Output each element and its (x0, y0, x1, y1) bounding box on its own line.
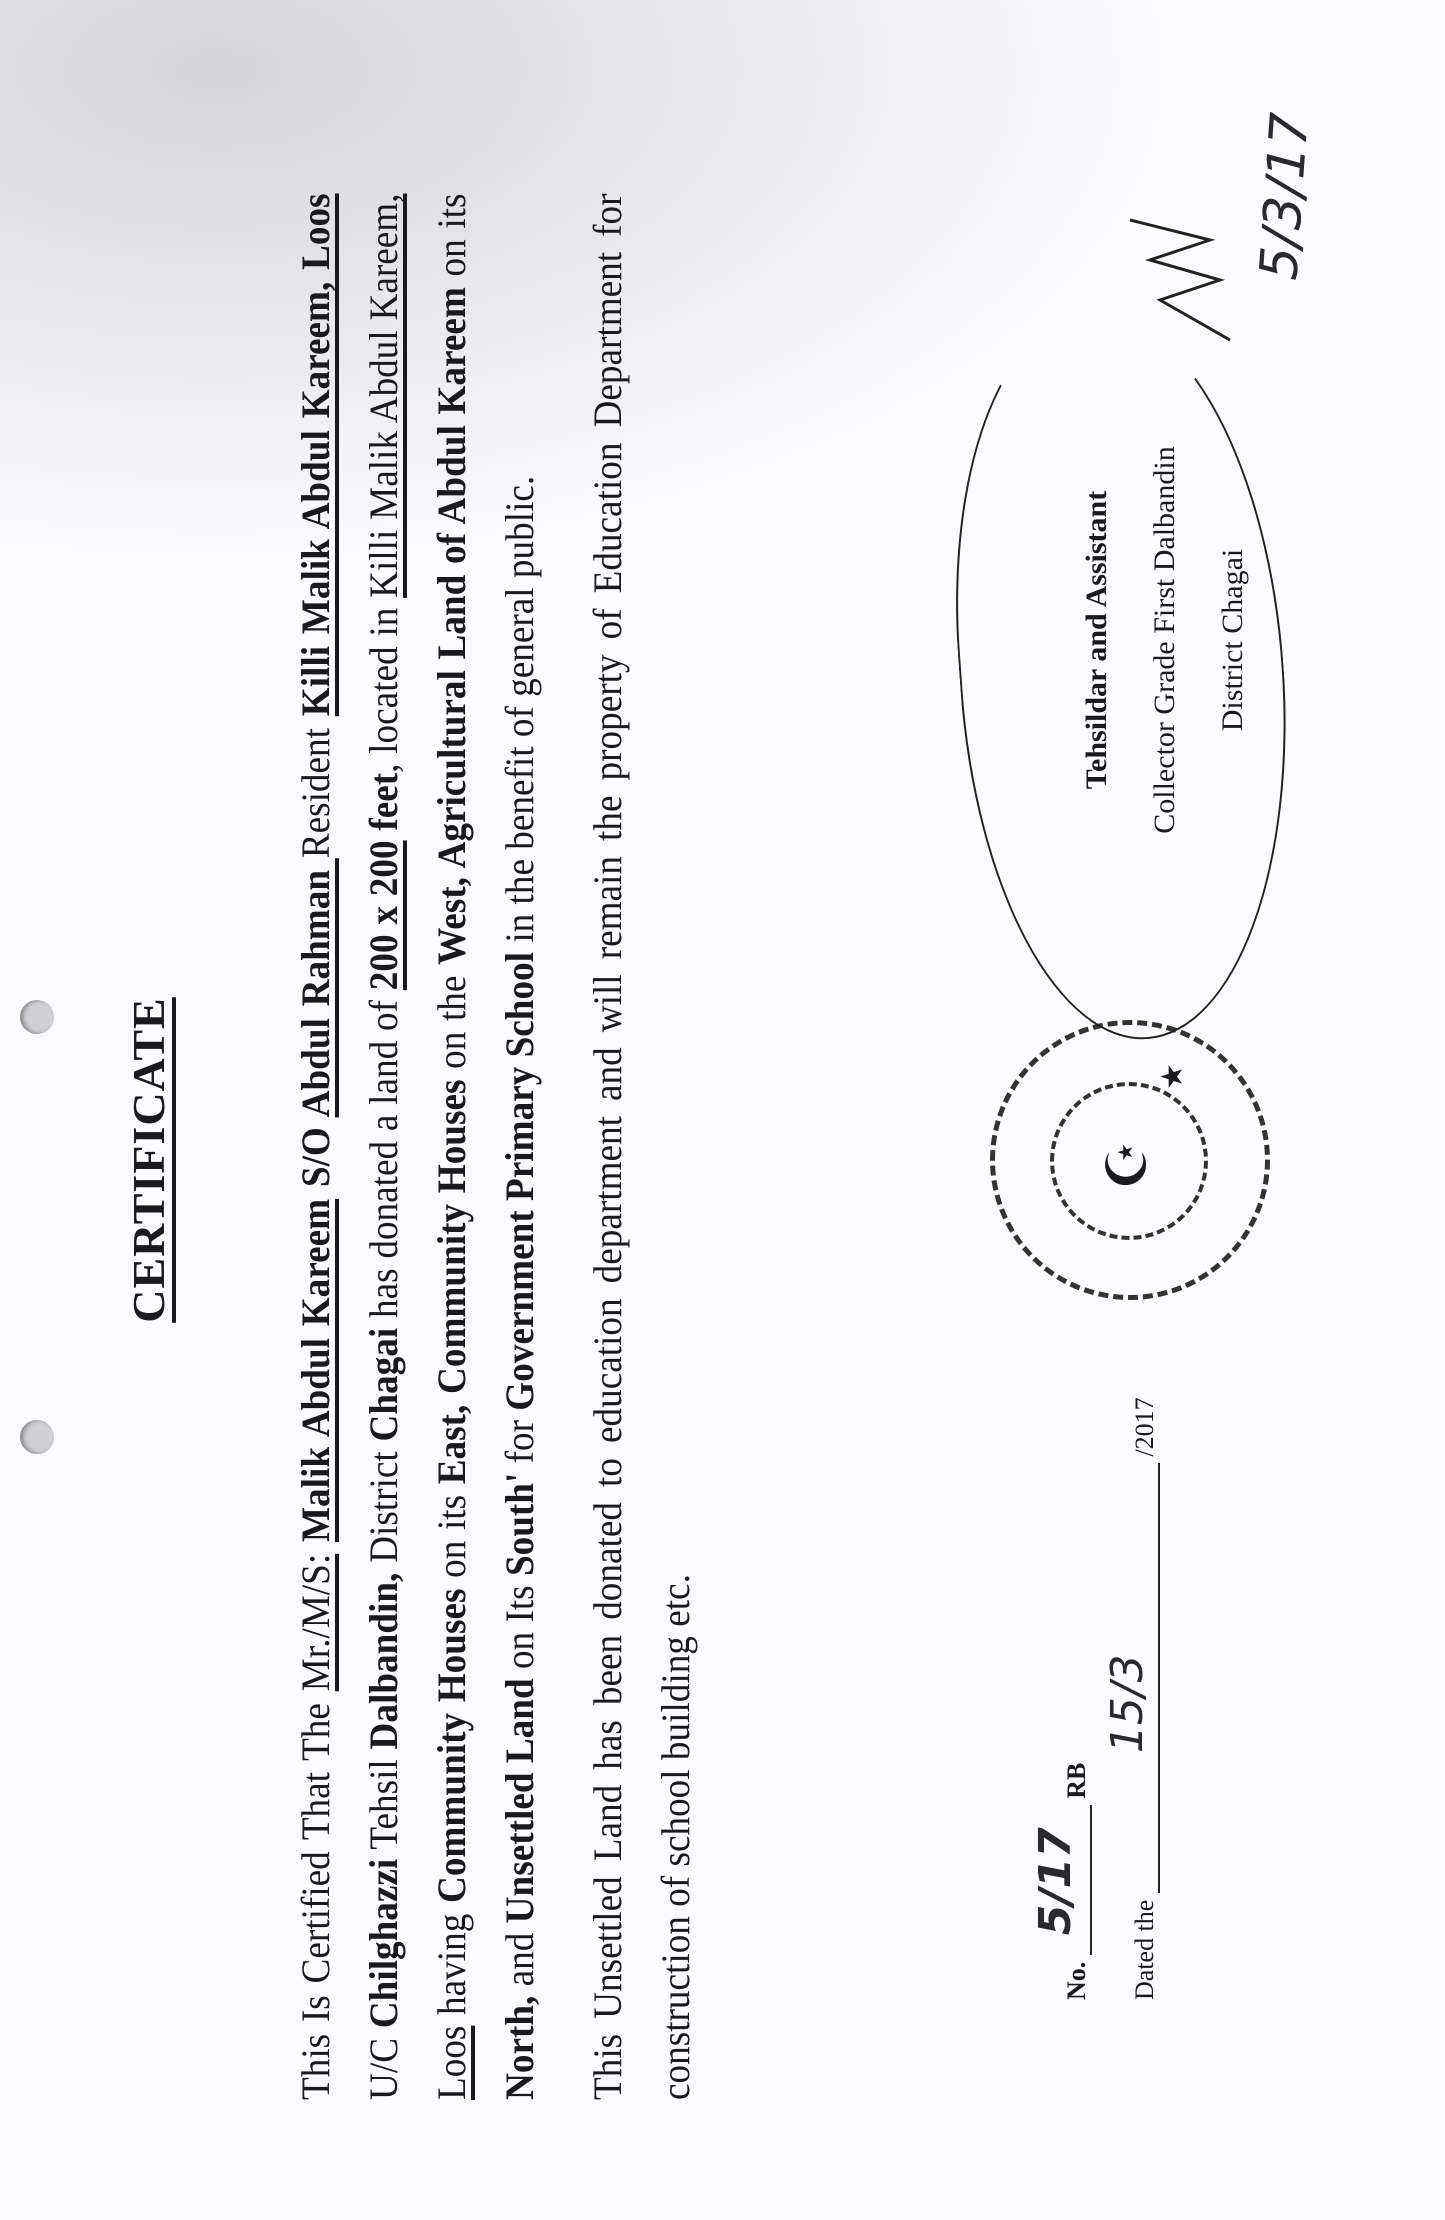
text-segment: South' (497, 1473, 542, 1576)
text-segment: on its (429, 1484, 474, 1588)
certificate: CERTIFICATE This Is Certified That The M… (0, 0, 1445, 2220)
text-segment: Chilghazzi (361, 1859, 406, 2028)
signatory-designation: Collector Grade First Dalbandin (1148, 350, 1216, 930)
paragraph-1: This Is Certified That The Mr./M/S: Mali… (282, 194, 554, 2101)
text-segment: S/O (293, 1117, 338, 1198)
text-segment: North, (497, 1996, 542, 2100)
paragraph-2: This Unsettled Land has been donated to … (574, 194, 710, 2101)
crescent-star-icon: ☪ (1100, 1140, 1156, 1190)
star-icon: ★ (1155, 1063, 1190, 1090)
text-segment: U/C (361, 2028, 406, 2100)
certificate-title: CERTIFICATE (122, 980, 175, 1340)
text-segment: and (497, 1923, 542, 1995)
no-label: No. (1062, 1962, 1091, 2000)
signatory-title: Tehsildar and Assistant (1080, 350, 1148, 930)
signatory-district: District Chagai (1216, 350, 1284, 930)
text-segment: East, Community Houses (429, 1080, 474, 1485)
text-segment: , located in (361, 598, 406, 773)
scanned-page: CERTIFICATE This Is Certified That The M… (0, 0, 1445, 2220)
text-segment: District (361, 1442, 406, 1573)
text-segment: Government Primary School (497, 952, 542, 1411)
text-segment: on Its (497, 1576, 542, 1678)
text-segment: Mr./M/S: (293, 1554, 338, 1691)
text-segment: West, Agricultural Land of Abdul Kareem (429, 287, 474, 965)
text-segment: This Is Certified That The (293, 1691, 338, 2100)
text-segment: Resident (293, 716, 338, 858)
text-segment (293, 1542, 338, 1554)
text-segment: Killi Malik Abdul Kareem, Loos (293, 193, 338, 716)
text-segment: for (497, 1411, 542, 1473)
no-handwritten: 5/17 (1030, 1827, 1081, 1935)
certificate-body: This Is Certified That The Mr./M/S: Mali… (282, 194, 730, 2101)
text-segment: on the (429, 965, 474, 1080)
text-segment: Tehsil (361, 1749, 406, 1858)
text-segment: Community Houses (429, 1589, 474, 1903)
no-suffix: RB (1062, 1763, 1091, 1799)
dated-field: 15/3 (1128, 1463, 1160, 1893)
reference-number: No. 5/17 RB (1060, 1763, 1092, 2000)
text-segment: in the benefit of general public. (497, 476, 542, 952)
signature-block: Tehsildar and Assistant Collector Grade … (1080, 350, 1284, 930)
dated-line: Dated the 15/3 /2017 (1128, 1397, 1160, 2000)
text-segment: feet (361, 773, 406, 841)
dated-handwritten: 15/3 (1102, 1654, 1153, 1753)
dated-year: /2017 (1130, 1397, 1159, 1456)
text-segment: Malik Abdul Kareem (293, 1199, 338, 1542)
official-stamp: ☪ ★ (990, 1020, 1270, 1300)
text-segment: has donated a land of (361, 990, 406, 1328)
text-segment: Chagai (361, 1328, 406, 1442)
handwritten-signature-date: 5/3/17 (1249, 111, 1321, 282)
text-segment: Abdul Rahman (293, 858, 338, 1117)
text-segment: having (429, 1903, 474, 2026)
no-field: 5/17 (1060, 1805, 1092, 1955)
text-segment: 200 x 200 (361, 840, 406, 990)
dated-label: Dated the (1130, 1900, 1159, 2000)
text-segment: Unsettled Land (497, 1678, 542, 1923)
text-segment: on its (429, 193, 474, 287)
text-segment: Dalbandin, (361, 1573, 406, 1750)
